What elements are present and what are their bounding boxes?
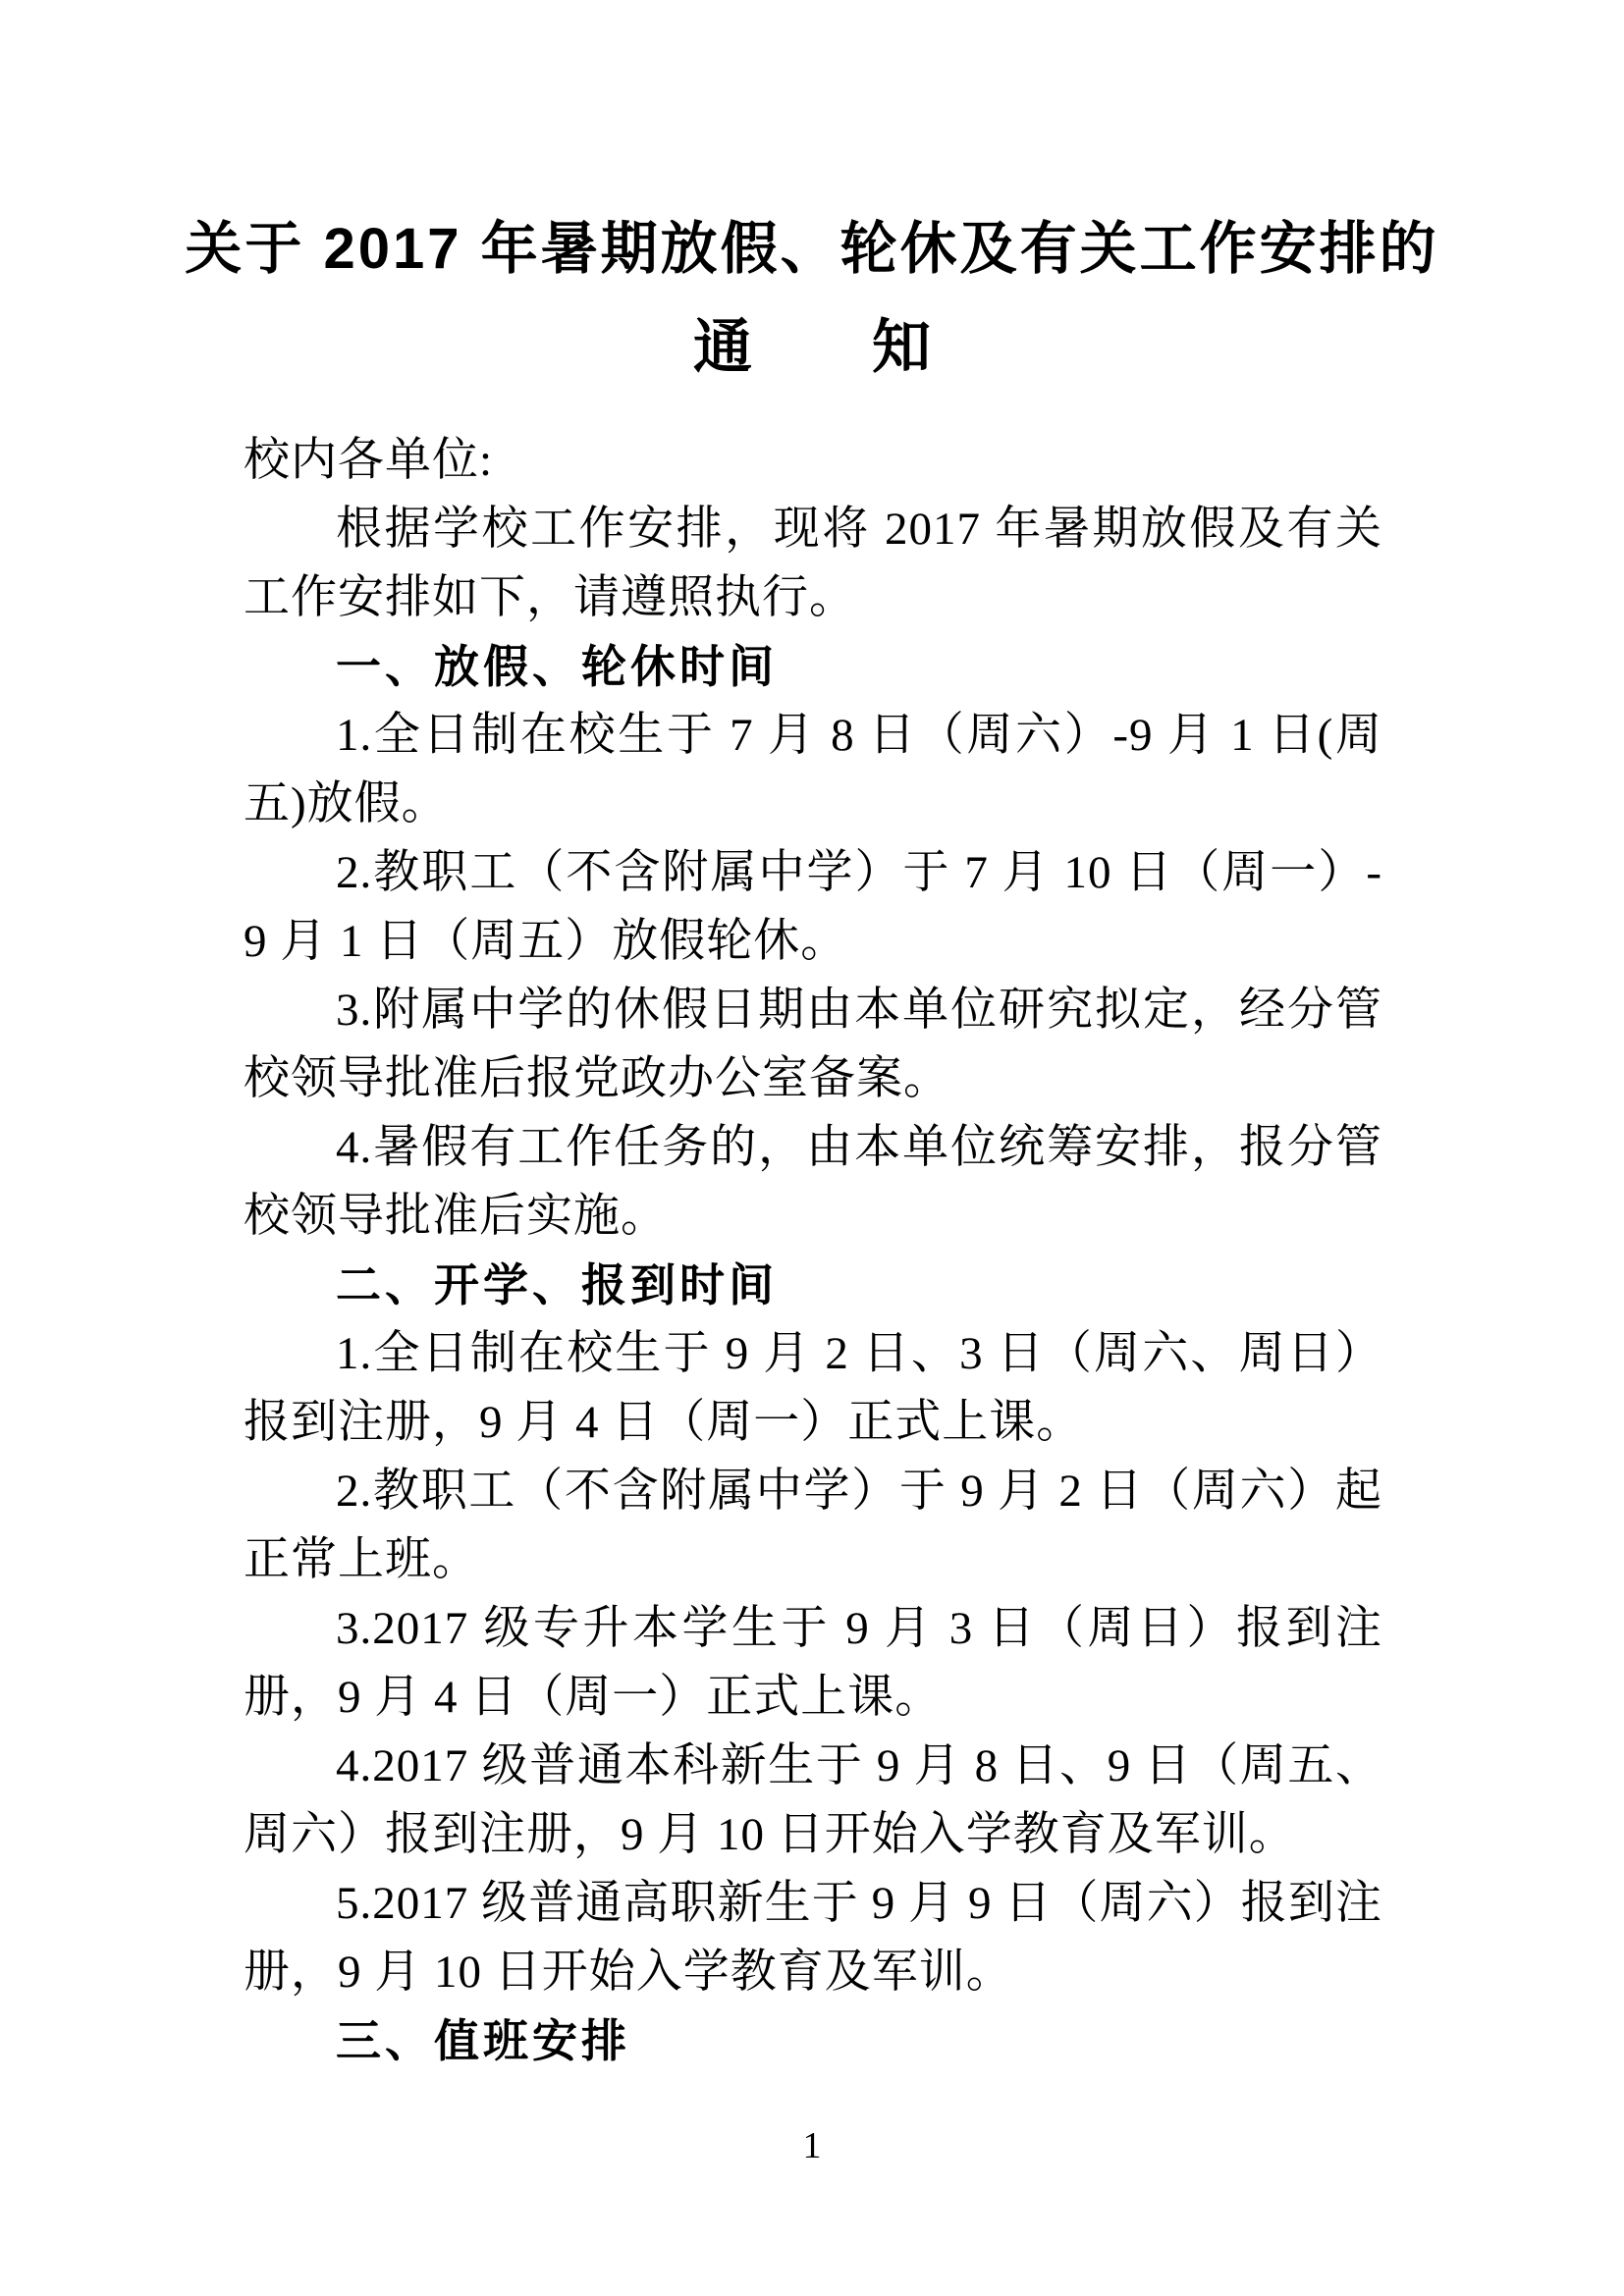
section-2-item-1: 1.全日制在校生于 9 月 2 日、3 日（周六、周日）报到注册，9 月 4 日…	[244, 1319, 1382, 1457]
section-1-item-2: 2.教职工（不含附属中学）于 7 月 10 日（周一）-9 月 1 日（周五）放…	[244, 838, 1382, 976]
notice-title-line1: 关于 2017 年暑期放假、轮休及有关工作安排的	[0, 210, 1624, 289]
notice-title-line2: 通 知	[0, 310, 1624, 385]
section-1-item-1: 1.全日制在校生于 7 月 8 日（周六）-9 月 1 日(周五)放假。	[244, 701, 1382, 838]
salutation: 校内各单位:	[244, 426, 1382, 495]
notice-body: 校内各单位: 根据学校工作安排，现将 2017 年暑期放假及有关工作安排如下，请…	[244, 426, 1382, 2075]
section-1-item-4: 4.暑假有工作任务的，由本单位统筹安排，报分管校领导批准后实施。	[244, 1113, 1382, 1251]
notice-document-page: 关于 2017 年暑期放假、轮休及有关工作安排的 通 知 校内各单位: 根据学校…	[0, 0, 1624, 2296]
section-2-item-5: 5.2017 级普通高职新生于 9 月 9 日（周六）报到注册，9 月 10 日…	[244, 1869, 1382, 2006]
intro-paragraph: 根据学校工作安排，现将 2017 年暑期放假及有关工作安排如下，请遵照执行。	[244, 495, 1382, 632]
notice-header: 关于 2017 年暑期放假、轮休及有关工作安排的 通 知	[0, 0, 1624, 385]
section-1-item-3: 3.附属中学的休假日期由本单位研究拟定，经分管校领导批准后报党政办公室备案。	[244, 976, 1382, 1113]
section-3-heading: 三、值班安排	[244, 2006, 1382, 2075]
section-2-item-2: 2.教职工（不含附属中学）于 9 月 2 日（周六）起正常上班。	[244, 1457, 1382, 1594]
notice-title-char-zhi: 知	[872, 310, 931, 385]
page-number: 1	[0, 2116, 1624, 2175]
section-2-heading: 二、开学、报到时间	[244, 1251, 1382, 1319]
section-1-heading: 一、放假、轮休时间	[244, 632, 1382, 701]
notice-title-char-tong: 通	[693, 310, 752, 385]
section-2-item-4: 4.2017 级普通本科新生于 9 月 8 日、9 日（周五、周六）报到注册，9…	[244, 1732, 1382, 1869]
section-2-item-3: 3.2017 级专升本学生于 9 月 3 日（周日）报到注册，9 月 4 日（周…	[244, 1594, 1382, 1732]
